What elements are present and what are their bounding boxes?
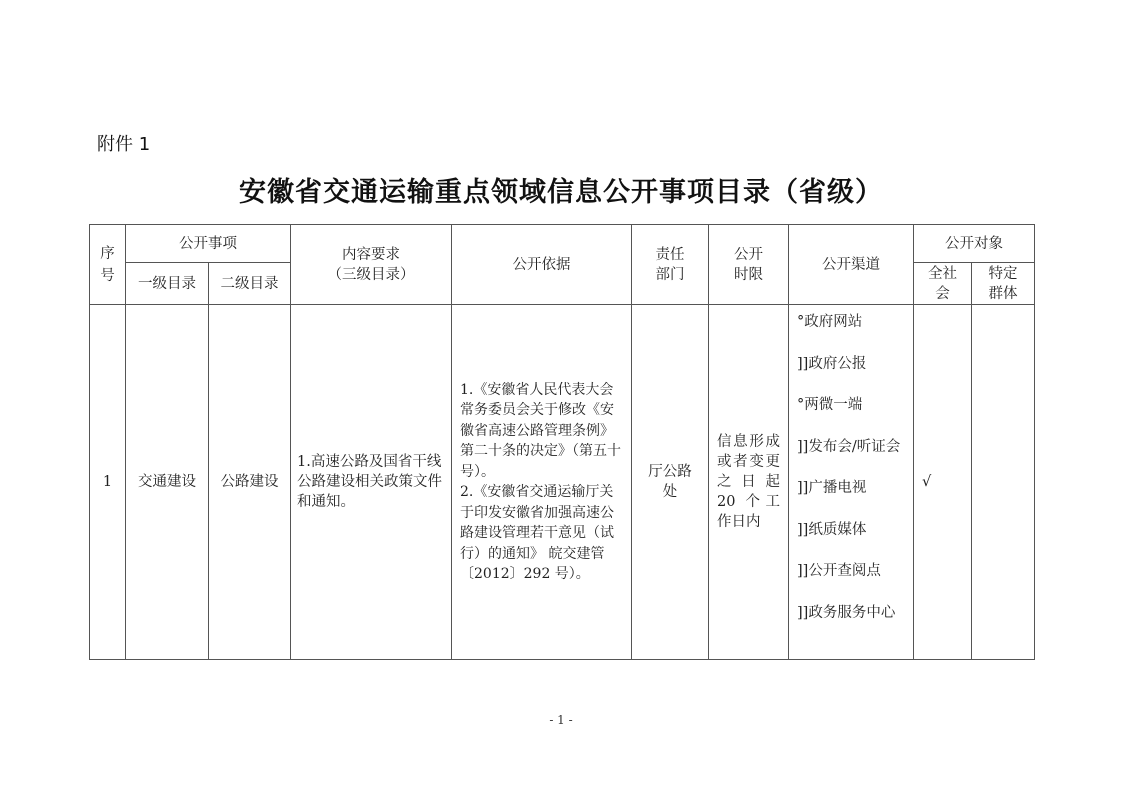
channel-radio-tv: ]]广播电视 <box>797 477 913 519</box>
header-basis: 公开依据 <box>452 225 632 305</box>
header-limit-l2: 时限 <box>709 265 788 285</box>
header-dept: 责任 部门 <box>632 225 709 305</box>
row-level2: 公路建设 <box>209 305 291 660</box>
row-dept-label: 厅公路处 <box>646 462 694 502</box>
page-number: - 1 - <box>0 713 1122 727</box>
header-target-all-l1: 全社 <box>914 264 971 284</box>
header-target-specific: 特定 群体 <box>972 263 1035 305</box>
row-dept: 厅公路处 <box>632 305 709 660</box>
header-content: 内容要求 （三级目录） <box>291 225 452 305</box>
row-basis: 1.《安徽省人民代表大会常务委员会关于修改《安徽省高速公路管理条例》第二十条的决… <box>452 305 632 660</box>
header-target: 公开对象 <box>914 225 1035 263</box>
row-limit: 信息形成或者变更之日起 20 个工作日内 <box>709 305 789 660</box>
channel-public-reading-point: ]]公开查阅点 <box>797 560 913 602</box>
row-basis-2: 2.《安徽省交通运输厅关于印发安徽省加强高速公路建设管理若干意见（试行）的通知》… <box>460 482 625 585</box>
header-seq-label: 序号 <box>100 243 116 287</box>
row-target-all-check-icon: √ <box>914 305 972 660</box>
header-target-all: 全社 会 <box>914 263 972 305</box>
channel-gov-service-center: ]]政务服务中心 <box>797 602 913 644</box>
header-level2: 二级目录 <box>209 263 291 305</box>
row-basis-1: 1.《安徽省人民代表大会常务委员会关于修改《安徽省高速公路管理条例》第二十条的决… <box>460 380 625 483</box>
attachment-label: 附件 1 <box>97 130 150 156</box>
header-target-specific-l1: 特定 <box>972 264 1034 284</box>
header-content-l1: 内容要求 <box>291 245 451 265</box>
header-target-specific-l2: 群体 <box>972 284 1034 304</box>
row-target-specific <box>972 305 1035 660</box>
header-limit-l1: 公开 <box>709 245 788 265</box>
row-level1: 交通建设 <box>126 305 209 660</box>
header-limit: 公开 时限 <box>709 225 789 305</box>
channel-gov-gazette: ]]政府公报 <box>797 353 913 395</box>
channel-print-media: ]]纸质媒体 <box>797 519 913 561</box>
header-dept-l2: 部门 <box>632 265 708 285</box>
header-channel: 公开渠道 <box>789 225 914 305</box>
disclosure-table: 序号 公开事项 内容要求 （三级目录） 公开依据 责任 部门 公开 时限 公开渠… <box>89 224 1035 660</box>
header-content-l2: （三级目录） <box>291 265 451 285</box>
header-seq: 序号 <box>90 225 126 305</box>
channel-press-hearing: ]]发布会/听证会 <box>797 436 913 478</box>
channel-gov-website: °政府网站 <box>797 311 913 353</box>
table-row: 1 交通建设 公路建设 1.高速公路及国省干线公路建设相关政策文件和通知。 1.… <box>90 305 1035 660</box>
document-title: 安徽省交通运输重点领域信息公开事项目录（省级） <box>0 170 1122 209</box>
header-dept-l1: 责任 <box>632 245 708 265</box>
header-matters: 公开事项 <box>126 225 291 263</box>
row-seq: 1 <box>90 305 126 660</box>
header-target-all-l2: 会 <box>914 284 971 304</box>
row-channels: °政府网站 ]]政府公报 °两微一端 ]]发布会/听证会 ]]广播电视 ]]纸质… <box>789 305 914 660</box>
header-level1: 一级目录 <box>126 263 209 305</box>
row-content: 1.高速公路及国省干线公路建设相关政策文件和通知。 <box>291 305 452 660</box>
channel-weibo-wechat-app: °两微一端 <box>797 394 913 436</box>
